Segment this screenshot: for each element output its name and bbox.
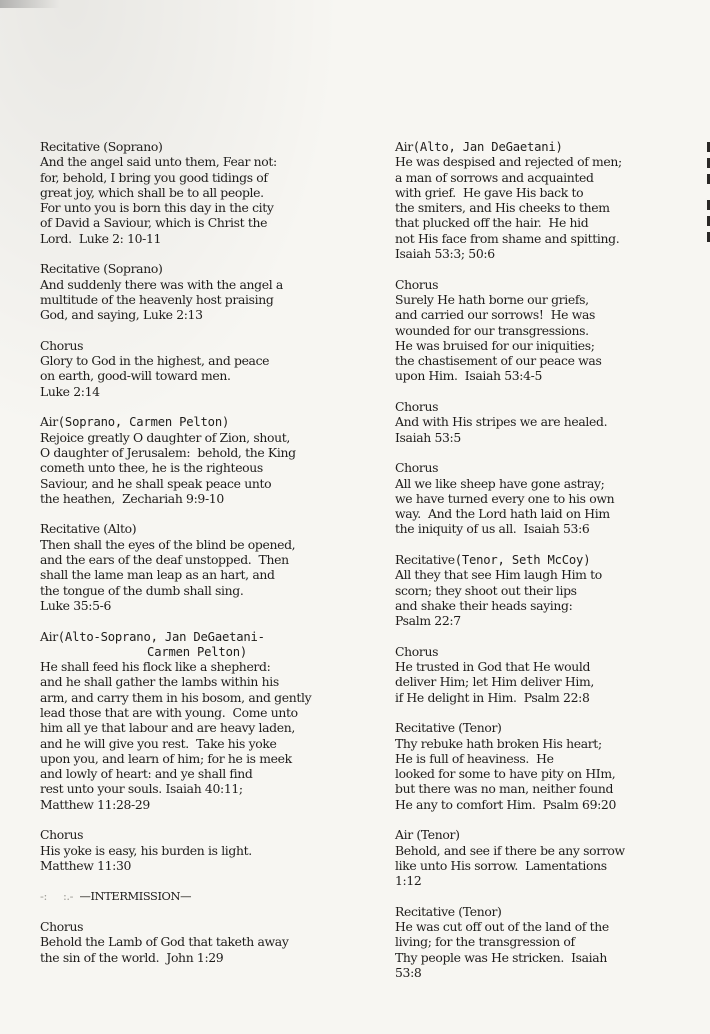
text-line: living; for the transgression of: [395, 934, 695, 949]
text-line: the sin of the world. John 1:29: [40, 950, 380, 965]
performer-credit: (Alto-Soprano, Jan DeGaetani-: [58, 630, 265, 644]
chorus-section: ChorusSurely He hath borne our griefs,an…: [395, 277, 695, 384]
text-line: Luke 2:14: [40, 384, 380, 399]
text-line: arm, and carry them in his bosom, and ge…: [40, 690, 380, 705]
recitative-section: Recitative (Tenor)He was cut off out of …: [395, 904, 695, 980]
text-line: Matthew 11:28-29: [40, 797, 380, 812]
recitative-section: Recitative (Soprano)And the angel said u…: [40, 139, 380, 246]
movement-heading: Recitative (Alto): [40, 521, 380, 536]
text-line: if He delight in Him. Psalm 22:8: [395, 690, 695, 705]
text-line: for, behold, I bring you good tidings of: [40, 170, 380, 185]
text-line: and shake their heads saying:: [395, 598, 695, 613]
chorus-section: ChorusGlory to God in the highest, and p…: [40, 338, 380, 399]
text-line: Surely He hath borne our griefs,: [395, 292, 695, 307]
movement-heading: Recitative(Tenor, Seth McCoy): [395, 552, 695, 567]
chorus-section: ChorusHe trusted in God that He woulddel…: [395, 644, 695, 705]
text-line: the smiters, and His cheeks to them: [395, 200, 695, 215]
text-line: not His face from shame and spitting.: [395, 231, 695, 246]
text-line: He was despised and rejected of men;: [395, 154, 695, 169]
text-line: like unto His sorrow. Lamentations: [395, 858, 695, 873]
text-line: with grief. He gave His back to: [395, 185, 695, 200]
movement-type: Air: [40, 629, 58, 644]
text-line: Thy people was He stricken. Isaiah: [395, 950, 695, 965]
movement-heading: Recitative (Soprano): [40, 261, 380, 276]
text-line: Isaiah 53:3; 50:6: [395, 246, 695, 261]
text-line: God, and saying, Luke 2:13: [40, 307, 380, 322]
movement-type: Air: [40, 414, 58, 429]
movement-heading: Air(Alto-Soprano, Jan DeGaetani-: [40, 629, 380, 644]
text-line: of David a Saviour, which is Christ the: [40, 215, 380, 230]
chorus-section: ChorusAnd with His stripes we are healed…: [395, 399, 695, 445]
performer-credit: (Soprano, Carmen Pelton): [58, 415, 229, 429]
text-line: He trusted in God that He would: [395, 659, 695, 674]
text-line: And with His stripes we are healed.: [395, 414, 695, 429]
text-line: For unto you is born this day in the cit…: [40, 200, 380, 215]
text-line: Rejoice greatly O daughter of Zion, shou…: [40, 430, 380, 445]
text-line: shall the lame man leap as an hart, and: [40, 567, 380, 582]
recitative-section: Recitative (Alto)Then shall the eyes of …: [40, 521, 380, 613]
text-line: Psalm 22:7: [395, 613, 695, 628]
text-line: rest unto your souls. Isaiah 40:11;: [40, 781, 380, 796]
text-line: scorn; they shoot out their lips: [395, 583, 695, 598]
movement-heading: Chorus: [395, 399, 695, 414]
performer-credit: (Alto, Jan DeGaetani): [413, 140, 563, 154]
movement-heading: Chorus: [40, 338, 380, 353]
text-line: He is full of heaviness. He: [395, 751, 695, 766]
text-line: and the ears of the deaf unstopped. Then: [40, 552, 380, 567]
text-line: the chastisement of our peace was: [395, 353, 695, 368]
movement-heading: Chorus: [395, 277, 695, 292]
movement-heading: Chorus: [395, 460, 695, 475]
text-line: He was cut off out of the land of the: [395, 919, 695, 934]
intermission-divider: -: :.- —INTERMISSION—: [40, 889, 380, 904]
text-line: looked for some to have pity on HIm,: [395, 766, 695, 781]
recitative-section: Recitative (Tenor)Thy rebuke hath broken…: [395, 720, 695, 812]
movement-type: Recitative: [395, 552, 455, 567]
text-line: He shall feed his flock like a shepherd:: [40, 659, 380, 674]
text-line: him all ye that labour and are heavy lad…: [40, 720, 380, 735]
air-section: Air(Alto, Jan DeGaetani)He was despised …: [395, 139, 695, 261]
text-line: and he shall gather the lambs within his: [40, 674, 380, 689]
text-line: His yoke is easy, his burden is light.: [40, 843, 380, 858]
movement-heading: Chorus: [40, 827, 380, 842]
adjacent-page-edge-marks: [704, 142, 710, 248]
text-line: And suddenly there was with the angel a: [40, 277, 380, 292]
text-line: Thy rebuke hath broken His heart;: [395, 736, 695, 751]
scanned-program-page: Recitative (Soprano)And the angel said u…: [0, 0, 710, 1034]
text-line: Then shall the eyes of the blind be open…: [40, 537, 380, 552]
movement-heading: Air(Alto, Jan DeGaetani): [395, 139, 695, 154]
air-section: Air (Tenor)Behold, and see if there be a…: [395, 827, 695, 888]
text-line: Glory to God in the highest, and peace: [40, 353, 380, 368]
left-column: Recitative (Soprano)And the angel said u…: [40, 139, 380, 980]
text-line: Behold, and see if there be any sorrow: [395, 843, 695, 858]
text-line: Luke 35:5-6: [40, 598, 380, 613]
air-section: Air(Soprano, Carmen Pelton)Rejoice great…: [40, 414, 380, 506]
text-line: and carried our sorrows! He was: [395, 307, 695, 322]
text-line: Matthew 11:30: [40, 858, 380, 873]
text-line: way. And the Lord hath laid on Him: [395, 506, 695, 521]
recitative-section: Recitative(Tenor, Seth McCoy)All they th…: [395, 552, 695, 628]
text-line: but there was no man, neither found: [395, 781, 695, 796]
text-line: the iniquity of us all. Isaiah 53:6: [395, 521, 695, 536]
text-line: that plucked off the hair. He hid: [395, 215, 695, 230]
scan-smudge: -: :.-: [40, 889, 80, 903]
text-line: All they that see Him laugh Him to: [395, 567, 695, 582]
text-line: O daughter of Jerusalem: behold, the Kin…: [40, 445, 380, 460]
movement-heading: Air(Soprano, Carmen Pelton): [40, 414, 380, 429]
text-line: All we like sheep have gone astray;: [395, 476, 695, 491]
text-line: the tongue of the dumb shall sing.: [40, 583, 380, 598]
performer-credit: (Tenor, Seth McCoy): [455, 553, 591, 567]
movement-heading: Recitative (Tenor): [395, 720, 695, 735]
chorus-section: ChorusBehold the Lamb of God that taketh…: [40, 919, 380, 965]
text-line: multitude of the heavenly host praising: [40, 292, 380, 307]
recitative-section: Recitative (Soprano)And suddenly there w…: [40, 261, 380, 322]
text-line: Saviour, and he shall speak peace unto: [40, 476, 380, 491]
text-line: a man of sorrows and acquainted: [395, 170, 695, 185]
chorus-section: ChorusAll we like sheep have gone astray…: [395, 460, 695, 536]
text-line: and lowly of heart: and ye shall find: [40, 766, 380, 781]
movement-heading: Air (Tenor): [395, 827, 695, 842]
text-line: 53:8: [395, 965, 695, 980]
chorus-section: ChorusHis yoke is easy, his burden is li…: [40, 827, 380, 873]
movement-heading: Chorus: [395, 644, 695, 659]
scan-edge-shadow: [0, 0, 60, 8]
text-line: we have turned every one to his own: [395, 491, 695, 506]
text-line: wounded for our transgressions.: [395, 323, 695, 338]
text-line: on earth, good-will toward men.: [40, 368, 380, 383]
text-line: Behold the Lamb of God that taketh away: [40, 934, 380, 949]
text-line: And the angel said unto them, Fear not:: [40, 154, 380, 169]
text-line: Isaiah 53:5: [395, 430, 695, 445]
text-line: great joy, which shall be to all people.: [40, 185, 380, 200]
text-line: upon you, and learn of him; for he is me…: [40, 751, 380, 766]
performer-credit: Carmen Pelton): [40, 645, 247, 659]
movement-heading: Chorus: [40, 919, 380, 934]
right-column: Air(Alto, Jan DeGaetani)He was despised …: [395, 139, 695, 996]
text-line: 1:12: [395, 873, 695, 888]
performer-credit-continued: Carmen Pelton): [40, 644, 380, 659]
intermission-label: —INTERMISSION—: [80, 889, 192, 903]
text-line: cometh unto thee, he is the righteous: [40, 460, 380, 475]
text-line: deliver Him; let Him deliver Him,: [395, 674, 695, 689]
text-line: lead those that are with young. Come unt…: [40, 705, 380, 720]
movement-type: Air: [395, 139, 413, 154]
text-line: He was bruised for our iniquities;: [395, 338, 695, 353]
air-section: Air(Alto-Soprano, Jan DeGaetani- Carmen …: [40, 629, 380, 813]
text-line: He any to comfort Him. Psalm 69:20: [395, 797, 695, 812]
text-line: and he will give you rest. Take his yoke: [40, 736, 380, 751]
text-line: Lord. Luke 2: 10-11: [40, 231, 380, 246]
movement-heading: Recitative (Tenor): [395, 904, 695, 919]
text-line: upon Him. Isaiah 53:4-5: [395, 368, 695, 383]
movement-heading: Recitative (Soprano): [40, 139, 380, 154]
text-line: the heathen, Zechariah 9:9-10: [40, 491, 380, 506]
